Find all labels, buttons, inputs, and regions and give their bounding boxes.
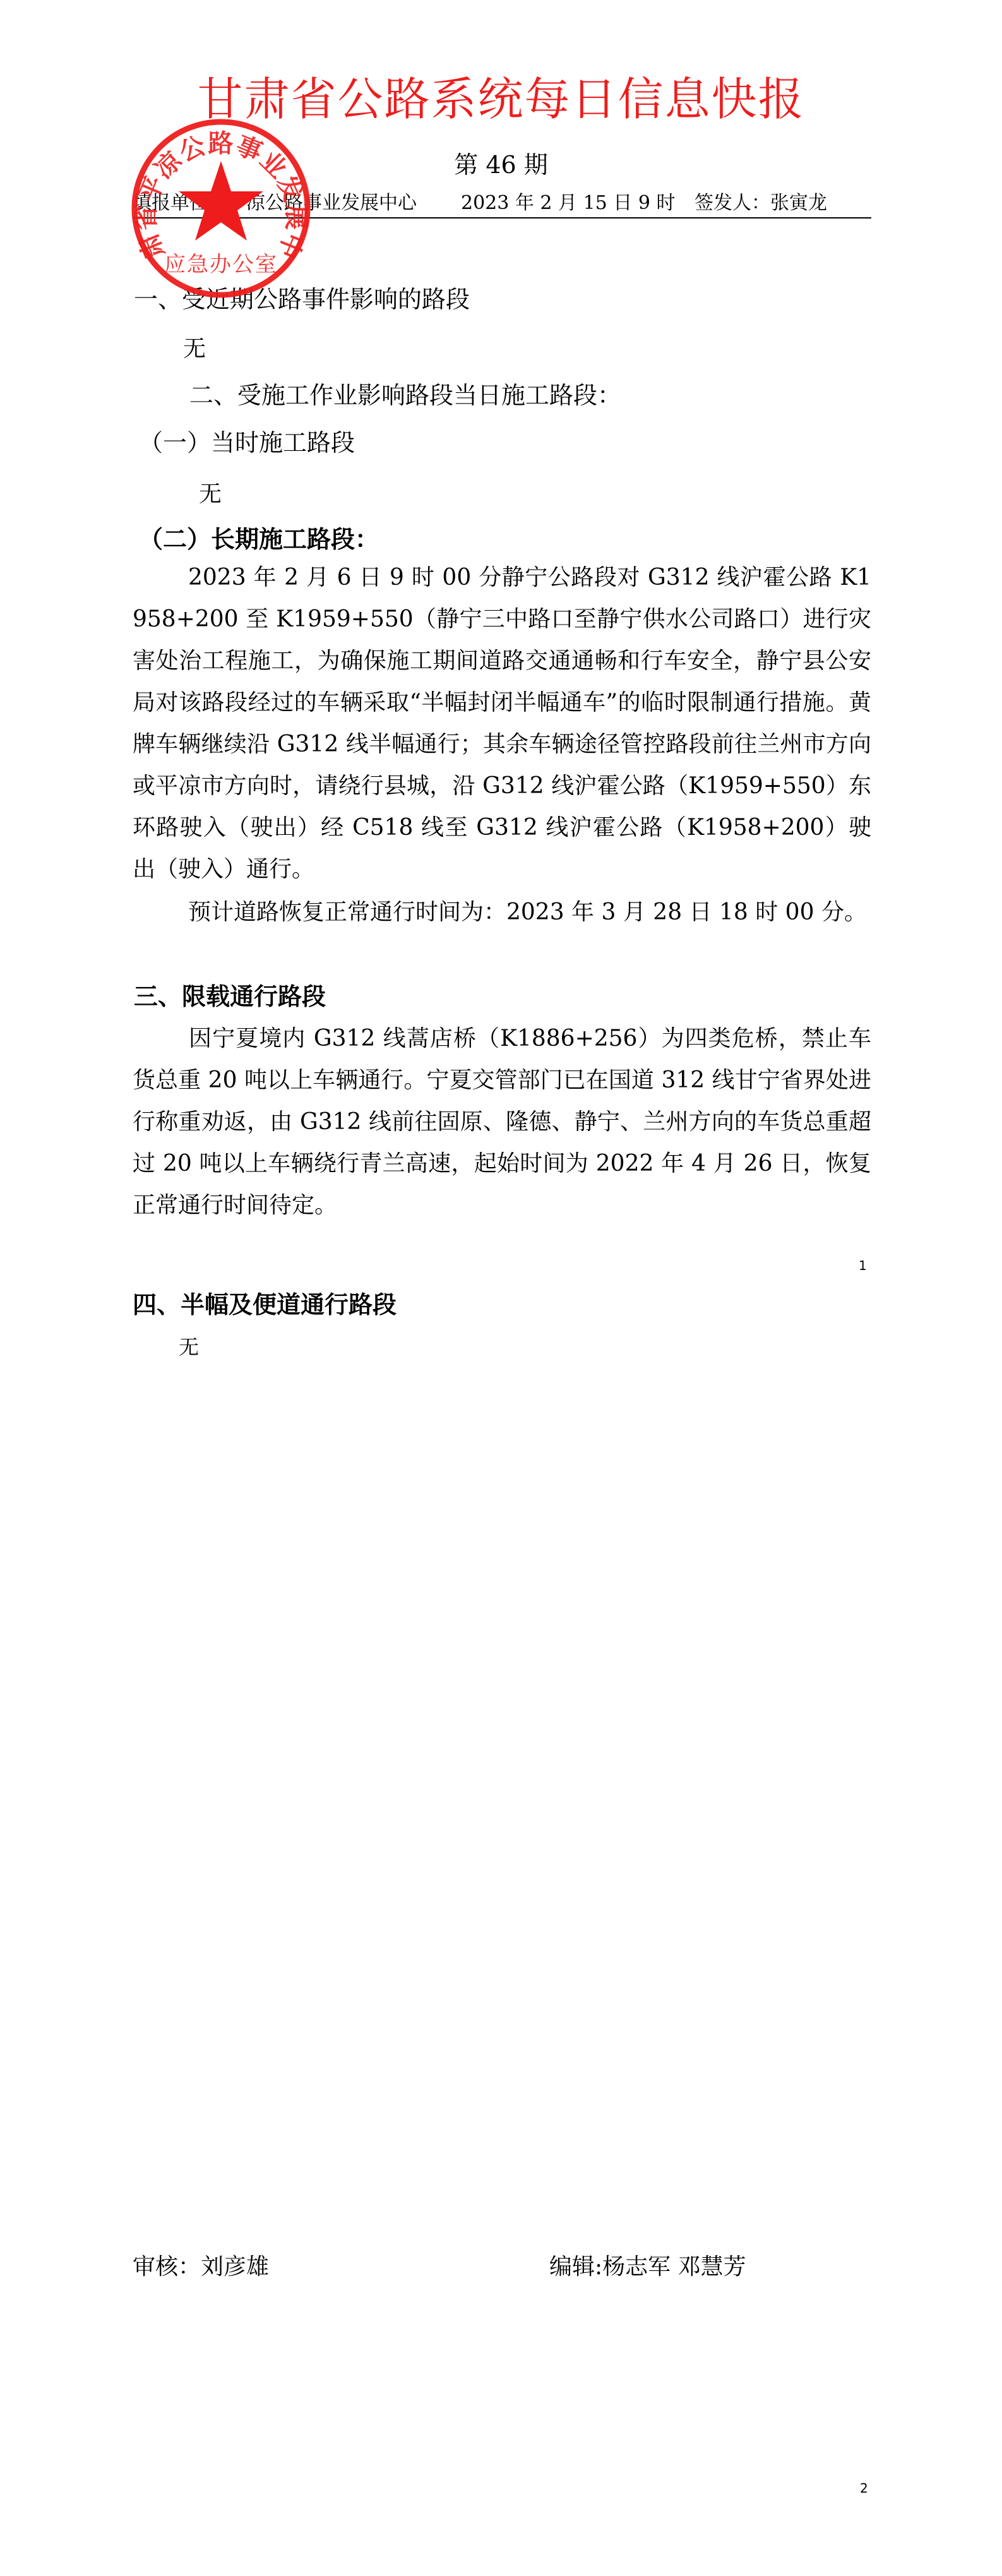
section-3-heading: 三、限载通行路段 — [134, 980, 326, 1013]
long-term-construction-text: 2023 年 2 月 6 日 9 时 00 分静宁公路段对 G312 线沪霍公路… — [133, 565, 871, 882]
section-2-sub1-heading: （一）当时施工路段 — [139, 426, 355, 459]
section-4-content: 无 — [179, 1326, 199, 1368]
load-limit-text: 因宁夏境内 G312 线蒿店桥（K1886+256）为四类危桥，禁止车货总重 2… — [133, 1026, 871, 1218]
reviewer: 审核：刘彦雄 — [133, 2251, 269, 2283]
editors: 编辑:杨志军 邓慧芳 — [549, 2251, 746, 2283]
official-seal-icon: 甘肃省平凉公路事业发展中心 应急办公室 — [129, 117, 313, 300]
issuer: 签发人：张寅龙 — [695, 189, 827, 217]
report-datetime: 2023 年 2 月 15 日 9 时 — [461, 189, 695, 217]
section-2-sub2-paragraph: 2023 年 2 月 6 日 9 时 00 分静宁公路段对 G312 线沪霍公路… — [133, 557, 871, 890]
section-2-sub1-content: 无 — [199, 474, 222, 515]
section-4-heading: 四、半幅及便道通行路段 — [133, 1288, 397, 1321]
section-2-restore-paragraph: 预计道路恢复正常通行时间为：2023 年 3 月 28 日 18 时 00 分。 — [133, 892, 871, 933]
section-1-content: 无 — [183, 328, 206, 370]
section-2-heading: 二、受施工作业影响路段当日施工路段： — [189, 379, 621, 412]
page-number-1: 1 — [859, 1258, 867, 1273]
restore-time-text: 预计道路恢复正常通行时间为：2023 年 3 月 28 日 18 时 00 分。 — [188, 899, 867, 925]
section-2-sub2-heading: （二）长期施工路段： — [139, 523, 379, 556]
svg-text:应急办公室: 应急办公室 — [164, 252, 278, 277]
section-3-paragraph: 因宁夏境内 G312 线蒿店桥（K1886+256）为四类危桥，禁止车货总重 2… — [133, 1018, 871, 1226]
page-number-2: 2 — [860, 2481, 868, 2496]
document-page: 甘肃省公路系统每日信息快报 第 46 期 填报单位：平凉公路事业发展中心 202… — [0, 0, 1002, 2576]
